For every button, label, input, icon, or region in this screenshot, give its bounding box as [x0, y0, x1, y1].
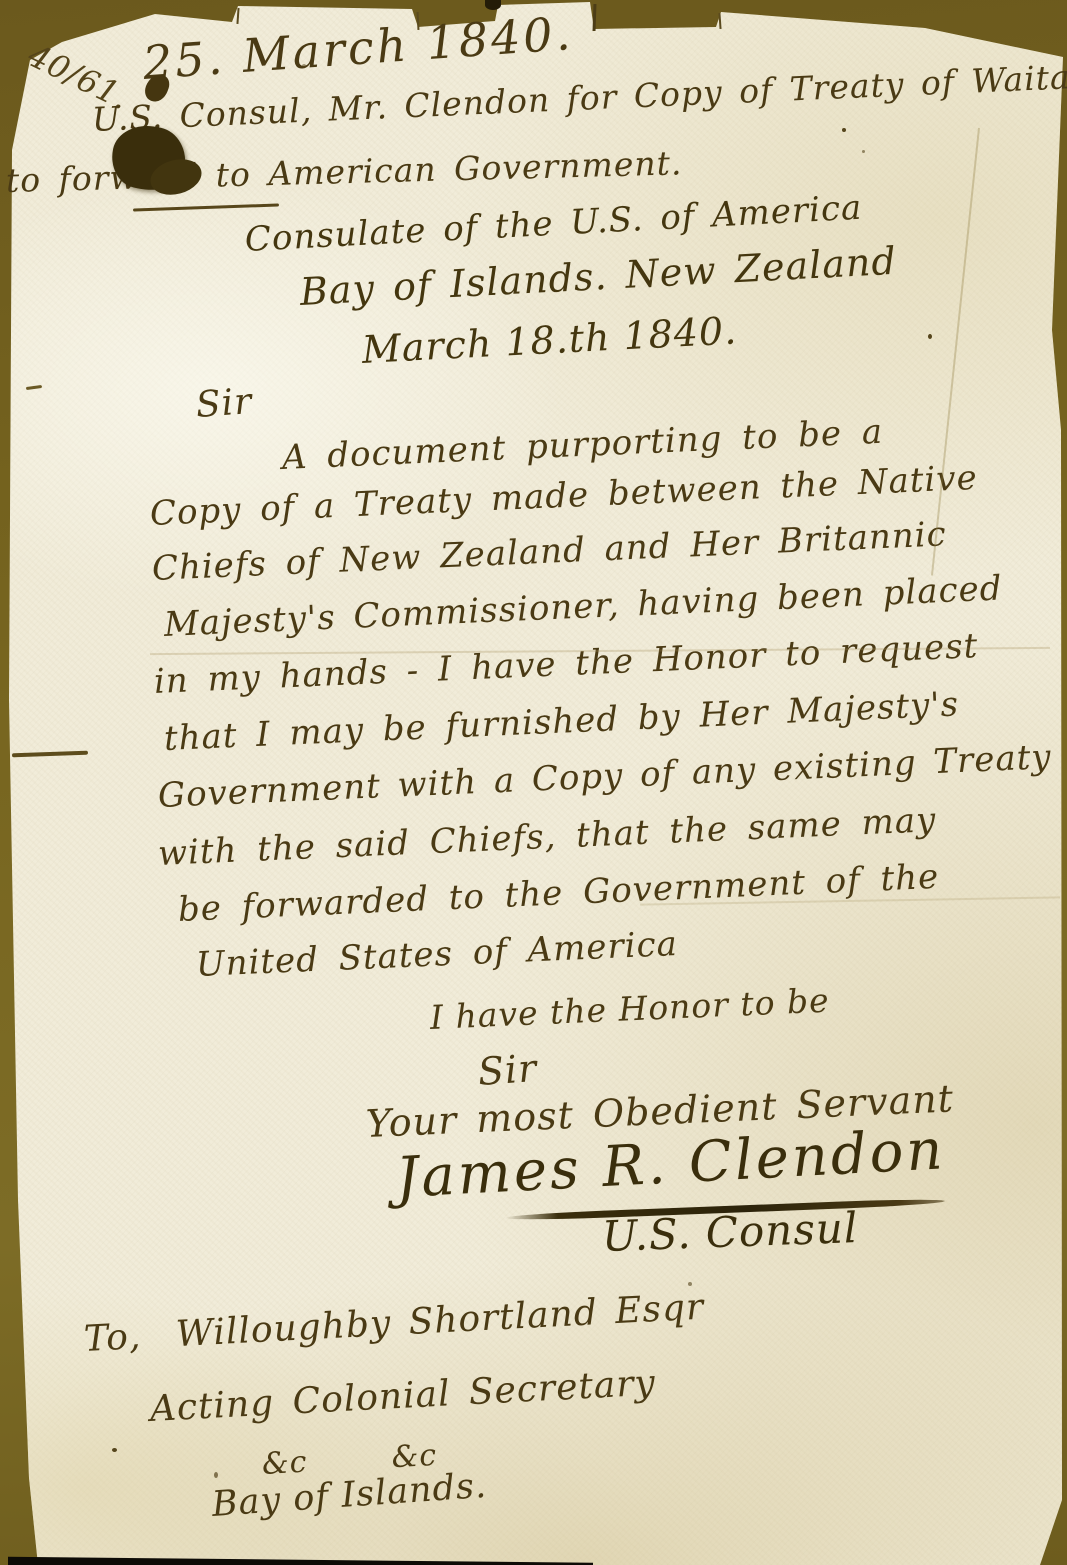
signature-title: U.S. Consul: [601, 1205, 859, 1260]
speck: [302, 64, 306, 68]
tear-crack: [593, 4, 597, 31]
manuscript-scan: { "document": { "docket": { "number": "4…: [0, 0, 1067, 1565]
closing-sir: Sir: [477, 1048, 539, 1094]
speck: [842, 128, 846, 132]
speck: [214, 1472, 218, 1478]
tear-crack: [417, 12, 420, 30]
speck: [112, 1448, 117, 1452]
speck: [928, 334, 932, 339]
speck: [862, 150, 865, 153]
speck: [688, 1282, 692, 1286]
tear-shadow: [485, 0, 501, 10]
salutation: Sir: [195, 382, 254, 425]
